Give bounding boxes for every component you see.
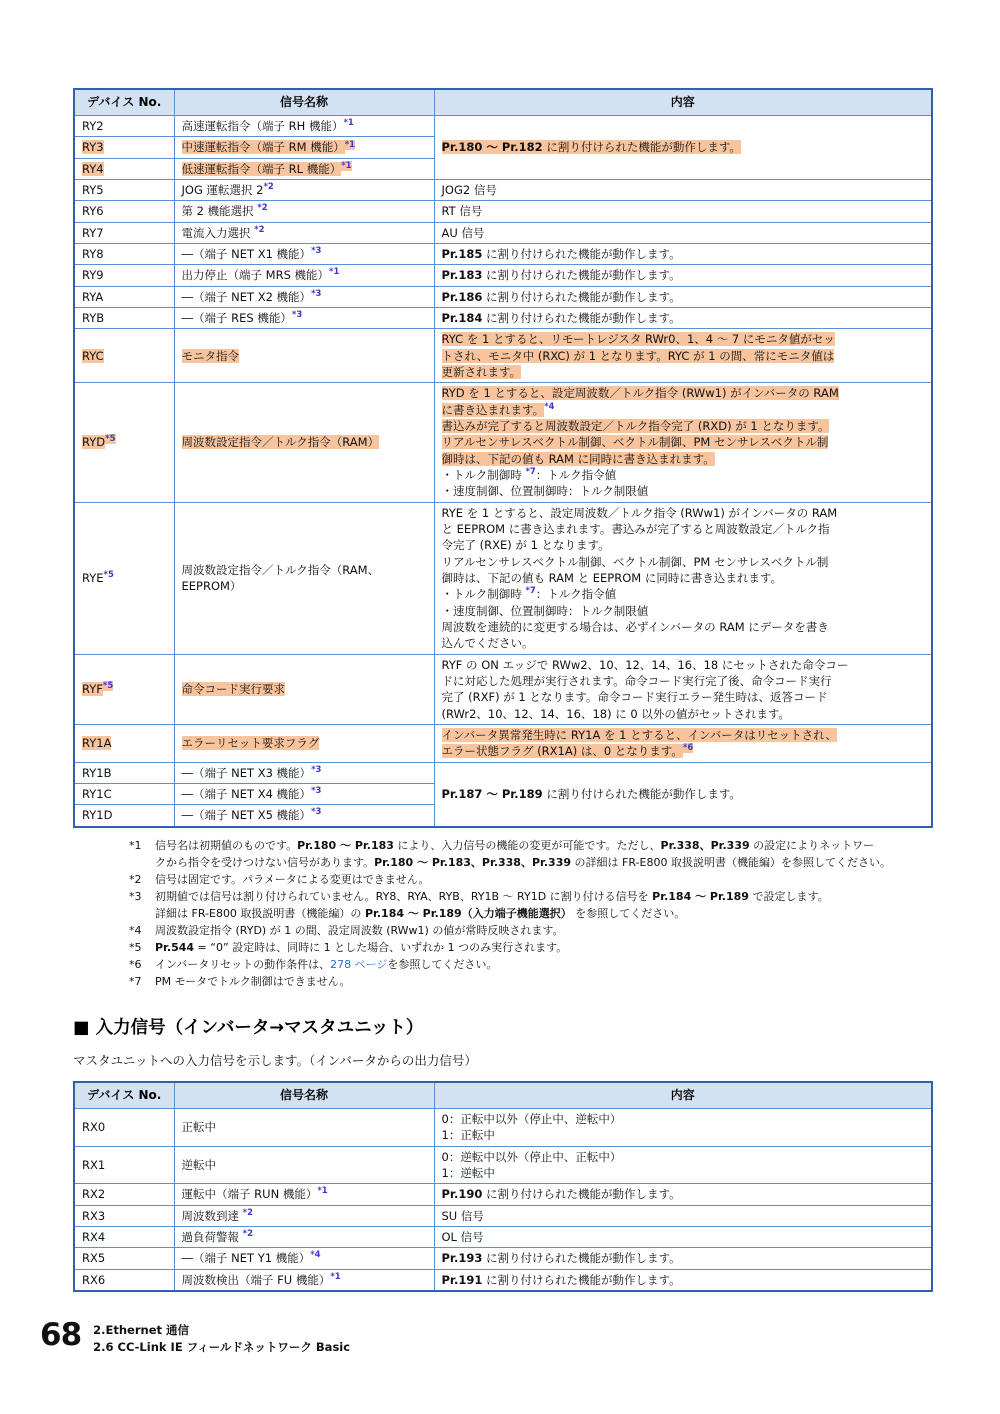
- text-run: 信号は固定です。パラメータによる変更はできません。: [155, 873, 429, 886]
- footnote-marker: *2: [243, 1229, 253, 1239]
- text-run: RX4: [82, 1230, 105, 1244]
- table-row: RY5JOG 運転選択 2*2JOG2 信号: [74, 180, 932, 201]
- text-run: 中速運転指令（端子 RM 機能）: [182, 140, 345, 154]
- table-row: RX4過負荷警報 *2OL 信号: [74, 1226, 932, 1247]
- page-link[interactable]: 278 ページ: [330, 958, 387, 971]
- text-run: RY1B: [82, 766, 112, 780]
- device-cell: RYF*5: [74, 654, 174, 724]
- section-intro: マスタユニットへの入力信号を示します。（インバータからの出力信号）: [73, 1051, 931, 1069]
- signal-name-cell: 周波数検出（端子 FU 機能）*1: [174, 1269, 434, 1291]
- footnote-item: *7PM モータでトルク制御はできません。: [129, 973, 931, 990]
- footnote-marker: *3: [311, 289, 321, 299]
- footnote-marker: *2: [263, 182, 273, 192]
- content-cell: 0：逆転中以外（停止中、正転中）1：逆転中: [434, 1146, 932, 1184]
- footnote-text: PM モータでトルク制御はできません。: [155, 973, 931, 990]
- section-heading: ■ 入力信号（インバータ→マスタユニット）: [73, 1014, 931, 1039]
- signal-name-cell: 過負荷警報 *2: [174, 1226, 434, 1247]
- device-cell: RY8: [74, 244, 174, 265]
- device-cell: RY7: [74, 222, 174, 243]
- text-run: 1：逆転中: [442, 1166, 495, 1180]
- table-row: RY8―（端子 NET X1 機能）*3Pr.185 に割り付けられた機能が動作…: [74, 244, 932, 265]
- signal-name-cell: 周波数設定指令／トルク指令（RAM）: [174, 383, 434, 502]
- text-run: Pr.185: [442, 247, 483, 261]
- footnote-ref: *7: [129, 973, 155, 990]
- content-cell: RYD を 1 とすると、設定周波数／トルク指令 (RWw1) がインバータの …: [434, 383, 932, 502]
- device-cell: RX5: [74, 1248, 174, 1269]
- text-run: 周波数を連続的に変更する場合は、必ずインバータの RAM にデータを書き: [442, 620, 829, 634]
- footnote-marker: *1: [330, 1272, 340, 1282]
- table-row: RX2運転中（端子 RUN 機能）*1Pr.190 に割り付けられた機能が動作し…: [74, 1184, 932, 1205]
- device-cell: RX3: [74, 1205, 174, 1226]
- footnote-text: 周波数設定指令 (RYD) が 1 の間、設定周波数 (RWw1) の値が常時反…: [155, 922, 931, 939]
- rx-signal-table: デバイス No. 信号名称 内容 RX0正転中0：正転中以外（停止中、逆転中）1…: [73, 1081, 933, 1292]
- text-run: ・速度制御、位置制御時：トルク制限値: [442, 604, 649, 618]
- content-cell: Pr.187 ～ Pr.189 に割り付けられた機能が動作します。: [434, 762, 932, 826]
- device-cell: RY2: [74, 116, 174, 137]
- text-run: Pr.184 ～ Pr.189（入力端子機能選択）: [365, 907, 572, 920]
- text-run: に割り付けられた機能が動作します。: [482, 311, 680, 325]
- footnote-item: *6インバータリセットの動作条件は、278 ページを参照してください。: [129, 956, 931, 973]
- text-run: を参照してください。: [572, 907, 686, 920]
- footnote-text: 信号名は初期値のものです。Pr.180 ～ Pr.183 により、入力信号の機能…: [155, 837, 931, 871]
- footnote-marker: *5: [103, 681, 113, 691]
- text-run: により、入力信号の機能の変更が可能です。ただし、: [394, 839, 661, 852]
- footnote-marker: *4: [544, 402, 554, 412]
- signal-name-cell: ―（端子 NET X1 機能）*3: [174, 244, 434, 265]
- device-cell: RX4: [74, 1226, 174, 1247]
- text-run: Pr.338、Pr.339: [661, 839, 750, 852]
- text-run: ―（端子 NET Y1 機能）: [182, 1251, 311, 1265]
- text-run: Pr.180 ～ Pr.183、Pr.338、Pr.339: [374, 856, 571, 869]
- text-run: RY4: [82, 162, 104, 176]
- text-run: RYD: [82, 435, 105, 449]
- signal-name-cell: ―（端子 NET X2 機能）*3: [174, 286, 434, 307]
- page-number: 68: [40, 1320, 81, 1351]
- text-run: 運転中（端子 RUN 機能）: [182, 1187, 318, 1201]
- text-run: = “0” 設定時は、同時に 1 とした場合、いずれか 1 つのみ実行されます。: [194, 941, 567, 954]
- footnote-marker: *2: [254, 225, 264, 235]
- text-run: 低速運転指令（端子 RL 機能）: [182, 162, 342, 176]
- content-cell: Pr.186 に割り付けられた機能が動作します。: [434, 286, 932, 307]
- footnote-marker: *1: [329, 268, 339, 278]
- content-cell: Pr.191 に割り付けられた機能が動作します。: [434, 1269, 932, 1291]
- text-run: 御時は、下記の値も RAM と EEPROM に同時に書き込まれます。: [442, 571, 782, 585]
- footnote-marker: *1: [341, 161, 351, 171]
- footnote-text: 初期値では信号は割り付けられていません。RY8、RYA、RYB、RY1B ～ R…: [155, 888, 931, 922]
- table-row: RX0正転中0：正転中以外（停止中、逆転中）1：正転中: [74, 1108, 932, 1146]
- footnote-marker: *3: [311, 807, 321, 817]
- signal-name-cell: 低速運転指令（端子 RL 機能）*1: [174, 158, 434, 179]
- text-run: ―（端子 RES 機能）: [182, 311, 292, 325]
- table-row: RY1Aエラーリセット要求フラグインバータ異常発生時に RY1A を 1 とする…: [74, 724, 932, 762]
- footnote-text: Pr.544 = “0” 設定時は、同時に 1 とした場合、いずれか 1 つのみ…: [155, 939, 931, 956]
- content-cell: 0：正転中以外（停止中、逆転中）1：正転中: [434, 1108, 932, 1146]
- text-run: RX6: [82, 1273, 105, 1287]
- footnote-ref: *4: [129, 922, 155, 939]
- device-cell: RX2: [74, 1184, 174, 1205]
- footnote-item: *4周波数設定指令 (RYD) が 1 の間、設定周波数 (RWw1) の値が常…: [129, 922, 931, 939]
- table-row: RY1B―（端子 NET X3 機能）*3Pr.187 ～ Pr.189 に割り…: [74, 762, 932, 783]
- page-footer: 68 2.Ethernet 通信 2.6 CC-Link IE フィールドネット…: [40, 1320, 350, 1357]
- column-header-signal-name: 信号名称: [174, 1082, 434, 1109]
- text-run: ドに対応した処理が実行されます。命令コード実行完了後、命令コード実行: [442, 674, 832, 688]
- text-run: で設定します。: [749, 890, 829, 903]
- text-run: RY6: [82, 204, 104, 218]
- text-run: トされ、モニタ中 (RXC) が 1 となります。RYC が 1 の間、常にモニ…: [442, 349, 835, 363]
- text-run: RX3: [82, 1209, 105, 1223]
- text-run: 過負荷警報: [182, 1230, 243, 1244]
- signal-name-cell: 逆転中: [174, 1146, 434, 1184]
- text-run: 1：正転中: [442, 1128, 495, 1142]
- text-run: に割り付けられた機能が動作します。: [482, 290, 680, 304]
- device-cell: RYA: [74, 286, 174, 307]
- footnote-marker: *7: [525, 467, 535, 477]
- signal-name-cell: エラーリセット要求フラグ: [174, 724, 434, 762]
- signal-name-cell: ―（端子 NET X4 機能）*3: [174, 783, 434, 804]
- text-run: JOG 運転選択 2: [182, 183, 264, 197]
- text-run: RYC: [82, 349, 104, 363]
- text-run: RY1C: [82, 787, 112, 801]
- footnote-ref: *6: [129, 956, 155, 973]
- table-row: RYD*5周波数設定指令／トルク指令（RAM）RYD を 1 とすると、設定周波…: [74, 383, 932, 502]
- text-run: ―（端子 NET X2 機能）: [182, 290, 312, 304]
- ry-signal-table: デバイス No. 信号名称 内容 RY2高速運転指令（端子 RH 機能）*1Pr…: [73, 88, 933, 828]
- table-row: RX5―（端子 NET Y1 機能）*4Pr.193 に割り付けられた機能が動作…: [74, 1248, 932, 1269]
- table-row: RY9出力停止（端子 MRS 機能）*1Pr.183 に割り付けられた機能が動作…: [74, 265, 932, 286]
- column-header-content: 内容: [434, 89, 932, 116]
- text-run: 高速運転指令（端子 RH 機能）: [182, 119, 344, 133]
- footnote-marker: *3: [311, 765, 321, 775]
- signal-name-cell: 電流入力選択 *2: [174, 222, 434, 243]
- footnote-item: *2信号は固定です。パラメータによる変更はできません。: [129, 871, 931, 888]
- table-row: RX1逆転中0：逆転中以外（停止中、正転中）1：逆転中: [74, 1146, 932, 1184]
- table-row: RYCモニタ指令RYC を 1 とすると、リモートレジスタ RWr0、1、4 ～…: [74, 329, 932, 383]
- text-run: ・トルク制御時: [442, 587, 526, 601]
- content-cell: インバータ異常発生時に RY1A を 1 とすると、インバータはリセットされ、エ…: [434, 724, 932, 762]
- text-run: 0：正転中以外（停止中、逆転中）: [442, 1112, 622, 1126]
- header-row: デバイス No. 信号名称 内容: [74, 1082, 932, 1109]
- footnote-ref: *3: [129, 888, 155, 905]
- text-run: を参照してください。: [387, 958, 497, 971]
- device-cell: RYC: [74, 329, 174, 383]
- footnote-list: *1信号名は初期値のものです。Pr.180 ～ Pr.183 により、入力信号の…: [129, 837, 931, 990]
- text-run: 周波数設定指令／トルク指令（RAM）: [182, 435, 380, 449]
- text-run: に割り付けられた機能が動作します。: [482, 1251, 680, 1265]
- signal-name-cell: 高速運転指令（端子 RH 機能）*1: [174, 116, 434, 137]
- text-run: JOG2 信号: [442, 183, 497, 197]
- signal-name-cell: 周波数設定指令／トルク指令（RAM、EEPROM）: [174, 502, 434, 654]
- text-run: に書き込まれます。: [442, 403, 545, 417]
- text-run: RT 信号: [442, 204, 483, 218]
- device-cell: RX0: [74, 1108, 174, 1146]
- footnote-marker: *3: [311, 246, 321, 256]
- text-run: エラーリセット要求フラグ: [182, 736, 320, 750]
- device-cell: RY3: [74, 137, 174, 158]
- device-cell: RY1A: [74, 724, 174, 762]
- footnote-marker: *1: [343, 118, 353, 128]
- content-cell: SU 信号: [434, 1205, 932, 1226]
- document-page: デバイス No. 信号名称 内容 RY2高速運転指令（端子 RH 機能）*1Pr…: [0, 0, 1000, 1414]
- footnote-marker: *1: [317, 1186, 327, 1196]
- footnote-marker: *5: [105, 434, 115, 444]
- table-row: RY7電流入力選択 *2AU 信号: [74, 222, 932, 243]
- text-run: Pr.187 ～ Pr.189: [442, 787, 543, 801]
- table-row: RYB―（端子 RES 機能）*3Pr.184 に割り付けられた機能が動作します…: [74, 307, 932, 328]
- footnote-ref: *5: [129, 939, 155, 956]
- footnote-marker: *3: [311, 786, 321, 796]
- footer-chapter: 2.Ethernet 通信: [93, 1322, 350, 1339]
- text-run: 込んでください。: [442, 636, 534, 650]
- text-run: Pr.184 ～ Pr.189: [652, 890, 749, 903]
- content-cell: Pr.184 に割り付けられた機能が動作します。: [434, 307, 932, 328]
- text-run: RYB: [82, 311, 104, 325]
- text-run: 信号名は初期値のものです。: [155, 839, 297, 852]
- content-cell: Pr.185 に割り付けられた機能が動作します。: [434, 244, 932, 265]
- device-cell: RY1B: [74, 762, 174, 783]
- text-run: ：トルク指令値: [536, 468, 616, 482]
- text-run: RX1: [82, 1158, 105, 1172]
- text-run: RYF: [82, 682, 103, 696]
- text-run: 詳細は FR-E800 取扱説明書（機能編）の: [155, 907, 365, 920]
- text-run: 書込みが完了すると周波数設定／トルク指令完了 (RXD) が 1 となります。: [442, 419, 830, 433]
- text-run: RY7: [82, 226, 104, 240]
- text-run: リアルセンサレスベクトル制御、ベクトル制御、PM センサレスベクトル制: [442, 555, 829, 569]
- text-run: OL 信号: [442, 1230, 484, 1244]
- content-cell: JOG2 信号: [434, 180, 932, 201]
- text-run: 周波数検出（端子 FU 機能）: [182, 1273, 331, 1287]
- text-run: に割り付けられた機能が動作します。: [482, 1187, 680, 1201]
- text-run: リアルセンサレスベクトル制御、ベクトル制御、PM センサレスベクトル制: [442, 435, 829, 449]
- text-run: RY2: [82, 119, 104, 133]
- text-run: PM モータでトルク制御はできません。: [155, 975, 350, 988]
- text-run: の設定によりネットワー: [750, 839, 875, 852]
- text-run: 周波数到達: [182, 1209, 243, 1223]
- text-run: Pr.186: [442, 290, 483, 304]
- page-content: デバイス No. 信号名称 内容 RY2高速運転指令（端子 RH 機能）*1Pr…: [73, 88, 931, 1292]
- device-cell: RY5: [74, 180, 174, 201]
- text-run: RYA: [82, 290, 103, 304]
- text-run: エラー状態フラグ (RX1A) は、0 となります。: [442, 744, 683, 758]
- text-run: クから指令を受けつけない信号があります。: [155, 856, 374, 869]
- ry-table-header: デバイス No. 信号名称 内容: [74, 89, 932, 116]
- device-cell: RYE*5: [74, 502, 174, 654]
- footnote-marker: *4: [310, 1250, 320, 1260]
- footnote-marker: *1: [345, 140, 355, 150]
- column-header-device: デバイス No.: [74, 1082, 174, 1109]
- text-run: RY9: [82, 268, 104, 282]
- text-run: 出力停止（端子 MRS 機能）: [182, 268, 330, 282]
- content-cell: AU 信号: [434, 222, 932, 243]
- text-run: ―（端子 NET X4 機能）: [182, 787, 312, 801]
- text-run: ―（端子 NET X3 機能）: [182, 766, 312, 780]
- footnote-item: *5Pr.544 = “0” 設定時は、同時に 1 とした場合、いずれか 1 つ…: [129, 939, 931, 956]
- table-row: RYE*5周波数設定指令／トルク指令（RAM、EEPROM）RYE を 1 とす…: [74, 502, 932, 654]
- content-cell: RYE を 1 とすると、設定周波数／トルク指令 (RWw1) がインバータの …: [434, 502, 932, 654]
- text-run: RY1D: [82, 808, 112, 822]
- text-run: ・速度制御、位置制御時：トルク制限値: [442, 484, 649, 498]
- content-cell: OL 信号: [434, 1226, 932, 1247]
- device-cell: RYB: [74, 307, 174, 328]
- text-run: RY5: [82, 183, 104, 197]
- signal-name-cell: JOG 運転選択 2*2: [174, 180, 434, 201]
- table-row: RYF*5命令コード実行要求RYF の ON エッジで RWw2、10、12、1…: [74, 654, 932, 724]
- rx-table-body: RX0正転中0：正転中以外（停止中、逆転中）1：正転中RX1逆転中0：逆転中以外…: [74, 1108, 932, 1290]
- text-run: Pr.193: [442, 1251, 483, 1265]
- table-row: RX3周波数到達 *2SU 信号: [74, 1205, 932, 1226]
- signal-name-cell: 第 2 機能選択 *2: [174, 201, 434, 222]
- footer-section: 2.6 CC-Link IE フィールドネットワーク Basic: [93, 1339, 350, 1356]
- text-run: 周波数設定指令 (RYD) が 1 の間、設定周波数 (RWw1) の値が常時反…: [155, 924, 563, 937]
- text-run: ―（端子 NET X5 機能）: [182, 808, 312, 822]
- signal-name-cell: ―（端子 NET X5 機能）*3: [174, 805, 434, 827]
- table-row: RYA―（端子 NET X2 機能）*3Pr.186 に割り付けられた機能が動作…: [74, 286, 932, 307]
- signal-name-cell: 中速運転指令（端子 RM 機能）*1: [174, 137, 434, 158]
- signal-name-cell: ―（端子 NET Y1 機能）*4: [174, 1248, 434, 1269]
- footnote-marker: *7: [525, 586, 535, 596]
- text-run: 初期値では信号は割り付けられていません。RY8、RYA、RYB、RY1B ～ R…: [155, 890, 652, 903]
- content-cell: RYC を 1 とすると、リモートレジスタ RWr0、1、4 ～ 7 にモニタ値…: [434, 329, 932, 383]
- text-run: RYE: [82, 571, 104, 585]
- device-cell: RY1C: [74, 783, 174, 804]
- ry-table-body: RY2高速運転指令（端子 RH 機能）*1Pr.180 ～ Pr.182 に割り…: [74, 116, 932, 827]
- signal-name-cell: ―（端子 RES 機能）*3: [174, 307, 434, 328]
- text-run: (RWr2、10、12、14、16、18) に 0 以外の値がセットされます。: [442, 707, 790, 721]
- text-run: Pr.184: [442, 311, 483, 325]
- text-run: Pr.180 ～ Pr.183: [297, 839, 394, 852]
- content-cell: Pr.180 ～ Pr.182 に割り付けられた機能が動作します。: [434, 116, 932, 180]
- table-row: RX6周波数検出（端子 FU 機能）*1Pr.191 に割り付けられた機能が動作…: [74, 1269, 932, 1291]
- device-cell: RYD*5: [74, 383, 174, 502]
- text-run: インバータ異常発生時に RY1A を 1 とすると、インバータはリセットされ、: [442, 728, 837, 742]
- signal-name-cell: 命令コード実行要求: [174, 654, 434, 724]
- signal-name-cell: 周波数到達 *2: [174, 1205, 434, 1226]
- content-cell: Pr.190 に割り付けられた機能が動作します。: [434, 1184, 932, 1205]
- text-run: と EEPROM に書き込まれます。書込みが完了すると周波数設定／トルク指: [442, 522, 830, 536]
- text-run: インバータリセットの動作条件は、: [155, 958, 330, 971]
- text-run: 0：逆転中以外（停止中、正転中）: [442, 1150, 622, 1164]
- text-run: AU 信号: [442, 226, 485, 240]
- text-run: に割り付けられた機能が動作します。: [482, 247, 680, 261]
- device-cell: RY6: [74, 201, 174, 222]
- signal-name-cell: モニタ指令: [174, 329, 434, 383]
- content-cell: Pr.193 に割り付けられた機能が動作します。: [434, 1248, 932, 1269]
- text-run: 更新されます。: [442, 365, 522, 379]
- footnote-ref: *1: [129, 837, 155, 854]
- text-run: EEPROM）: [182, 579, 242, 593]
- footer-breadcrumb: 2.Ethernet 通信 2.6 CC-Link IE フィールドネットワーク…: [93, 1320, 350, 1357]
- signal-name-cell: 出力停止（端子 MRS 機能）*1: [174, 265, 434, 286]
- signal-name-cell: 正転中: [174, 1108, 434, 1146]
- text-run: に割り付けられた機能が動作します。: [543, 140, 741, 154]
- text-run: Pr.191: [442, 1273, 483, 1287]
- text-run: Pr.190: [442, 1187, 483, 1201]
- text-run: Pr.183: [442, 268, 483, 282]
- text-run: RX2: [82, 1187, 105, 1201]
- footnote-text: インバータリセットの動作条件は、278 ページを参照してください。: [155, 956, 931, 973]
- footnote-item: *1信号名は初期値のものです。Pr.180 ～ Pr.183 により、入力信号の…: [129, 837, 931, 871]
- content-cell: RT 信号: [434, 201, 932, 222]
- content-cell: RYF の ON エッジで RWw2、10、12、14、16、18 にセットされ…: [434, 654, 932, 724]
- text-run: Pr.544: [155, 941, 194, 954]
- footnote-item: *3初期値では信号は割り付けられていません。RY8、RYA、RYB、RY1B ～…: [129, 888, 931, 922]
- footnote-marker: *3: [292, 310, 302, 320]
- text-run: RYD を 1 とすると、設定周波数／トルク指令 (RWw1) がインバータの …: [442, 386, 839, 400]
- footnote-text: 信号は固定です。パラメータによる変更はできません。: [155, 871, 931, 888]
- text-run: ・トルク制御時: [442, 468, 526, 482]
- text-run: 完了 (RXF) が 1 となります。命令コード実行エラー発生時は、返答コード: [442, 690, 828, 704]
- text-run: に割り付けられた機能が動作します。: [482, 268, 680, 282]
- text-run: ：トルク指令値: [536, 587, 616, 601]
- text-run: に割り付けられた機能が動作します。: [482, 1273, 680, 1287]
- device-cell: RY1D: [74, 805, 174, 827]
- device-cell: RX1: [74, 1146, 174, 1184]
- device-cell: RY4: [74, 158, 174, 179]
- text-run: 御時は、下記の値も RAM に同時に書き込まれます。: [442, 452, 715, 466]
- text-run: RY8: [82, 247, 104, 261]
- header-row: デバイス No. 信号名称 内容: [74, 89, 932, 116]
- column-header-device: デバイス No.: [74, 89, 174, 116]
- text-run: 電流入力選択: [182, 226, 255, 240]
- text-run: 正転中: [182, 1120, 217, 1134]
- footnote-marker: *2: [243, 1208, 253, 1218]
- text-run: ―（端子 NET X1 機能）: [182, 247, 312, 261]
- column-header-content: 内容: [434, 1082, 932, 1109]
- text-run: 命令コード実行要求: [182, 682, 286, 696]
- column-header-signal-name: 信号名称: [174, 89, 434, 116]
- text-run: RX0: [82, 1120, 105, 1134]
- text-run: RYC を 1 とすると、リモートレジスタ RWr0、1、4 ～ 7 にモニタ値…: [442, 332, 835, 346]
- footnote-marker: *2: [257, 204, 267, 214]
- text-run: RYF の ON エッジで RWw2、10、12、14、16、18 にセットされ…: [442, 658, 849, 672]
- rx-table-header: デバイス No. 信号名称 内容: [74, 1082, 932, 1109]
- footnote-ref: *2: [129, 871, 155, 888]
- text-run: RYE を 1 とすると、設定周波数／トルク指令 (RWw1) がインバータの …: [442, 506, 838, 520]
- text-run: RY3: [82, 140, 104, 154]
- device-cell: RX6: [74, 1269, 174, 1291]
- footnote-marker: *6: [683, 743, 693, 753]
- text-run: 令完了 (RXE) が 1 となります。: [442, 538, 610, 552]
- signal-name-cell: ―（端子 NET X3 機能）*3: [174, 762, 434, 783]
- text-run: 第 2 機能選択: [182, 204, 258, 218]
- text-run: SU 信号: [442, 1209, 484, 1223]
- text-run: 逆転中: [182, 1158, 217, 1172]
- text-run: の詳細は FR-E800 取扱説明書（機能編）を参照してください。: [571, 856, 891, 869]
- content-cell: Pr.183 に割り付けられた機能が動作します。: [434, 265, 932, 286]
- text-run: に割り付けられた機能が動作します。: [543, 787, 741, 801]
- device-cell: RY9: [74, 265, 174, 286]
- table-row: RY6第 2 機能選択 *2RT 信号: [74, 201, 932, 222]
- text-run: Pr.180 ～ Pr.182: [442, 140, 543, 154]
- text-run: RX5: [82, 1251, 105, 1265]
- text-run: 周波数設定指令／トルク指令（RAM、: [182, 563, 380, 577]
- text-run: RY1A: [82, 736, 111, 750]
- table-row: RY2高速運転指令（端子 RH 機能）*1Pr.180 ～ Pr.182 に割り…: [74, 116, 932, 137]
- signal-name-cell: 運転中（端子 RUN 機能）*1: [174, 1184, 434, 1205]
- footnote-marker: *5: [104, 570, 114, 580]
- text-run: モニタ指令: [182, 349, 240, 363]
